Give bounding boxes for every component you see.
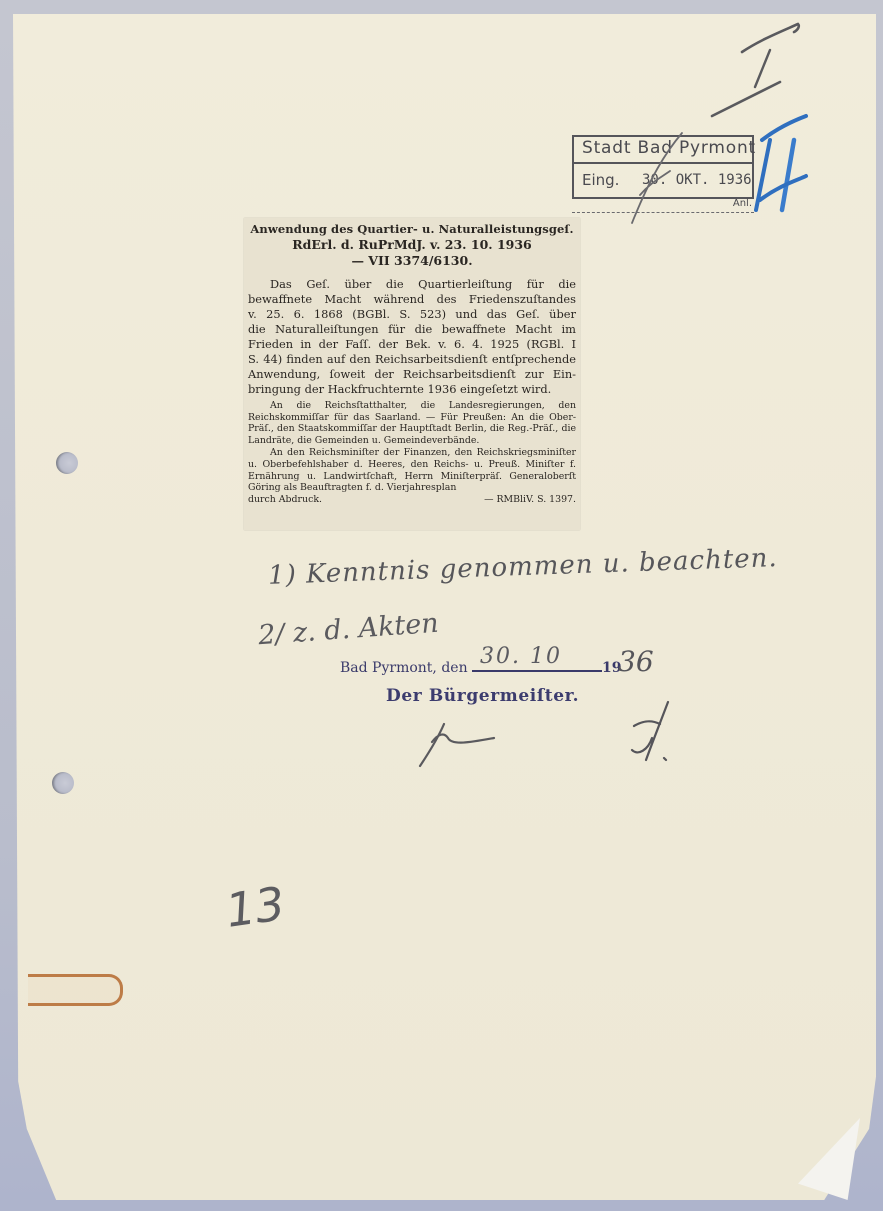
pencil-roman-numeral-mark (700, 20, 810, 120)
clipping-title: Anwendung des Quartier- u. Naturalleistu… (248, 222, 576, 237)
clipping-body-line: die Naturalleiſtungen für die bewaffnete… (248, 322, 576, 337)
handwritten-year: 36 (618, 645, 654, 678)
rust-stain-clip-mark (28, 974, 123, 1006)
office-stamp-mayor: Der Bürgermeiſter. (386, 686, 579, 706)
blue-crayon-mark (740, 110, 810, 220)
stamp-received-label: Eing. (582, 171, 619, 189)
clipping-body-line: S. 44) finden auf den Reichsarbeitsdienſ… (248, 352, 576, 367)
handwritten-page-number: 13 (223, 876, 288, 938)
clipping-reference: RdErl. d. RuPrMdJ. v. 23. 10. 1936 (248, 237, 576, 253)
place-stamp-text: Bad Pyrmont, den (340, 660, 468, 676)
signature-initial-right (624, 698, 684, 768)
handwritten-date: 30. 10 (480, 644, 562, 669)
signature-initial-left (414, 720, 504, 770)
clipping-distribution-2-end: durch Abdruck. (248, 494, 322, 506)
clipping-distribution-1: An die Reichsſtatthalter, die Landesregi… (248, 400, 576, 446)
clipping-body-line: v. 25. 6. 1868 (BGBl. S. 523) und das Ge… (248, 307, 576, 322)
newspaper-clipping: Anwendung des Quartier- u. Naturalleistu… (244, 218, 580, 530)
clipping-body-line: bringung der Hackfruchternte 1936 eingeſ… (248, 382, 576, 397)
clipping-source: — RMBliV. S. 1397. (484, 494, 576, 506)
clipping-body-line: bewaffnete Macht während des Friedenszuſ… (248, 292, 576, 307)
clipping-distribution-2: An den Reichsminiſter der Finanzen, den … (248, 447, 576, 493)
punch-hole-bottom (52, 772, 74, 794)
clipping-footer: durch Abdruck. — RMBliV. S. 1397. (248, 494, 576, 506)
pencil-paraph-mark (620, 123, 700, 233)
punch-hole-top (56, 452, 78, 474)
clipping-body-line: Das Geſ. über die Quartierleiſtung für d… (248, 277, 576, 292)
clipping-file-number: — VII 3374/6130. (248, 253, 576, 269)
clipping-body-line: Anwendung, ſoweit der Reichsarbeitsdienſ… (248, 367, 576, 382)
clipping-body-line: Frieden in der Faſſ. der Bek. v. 6. 4. 1… (248, 337, 576, 352)
